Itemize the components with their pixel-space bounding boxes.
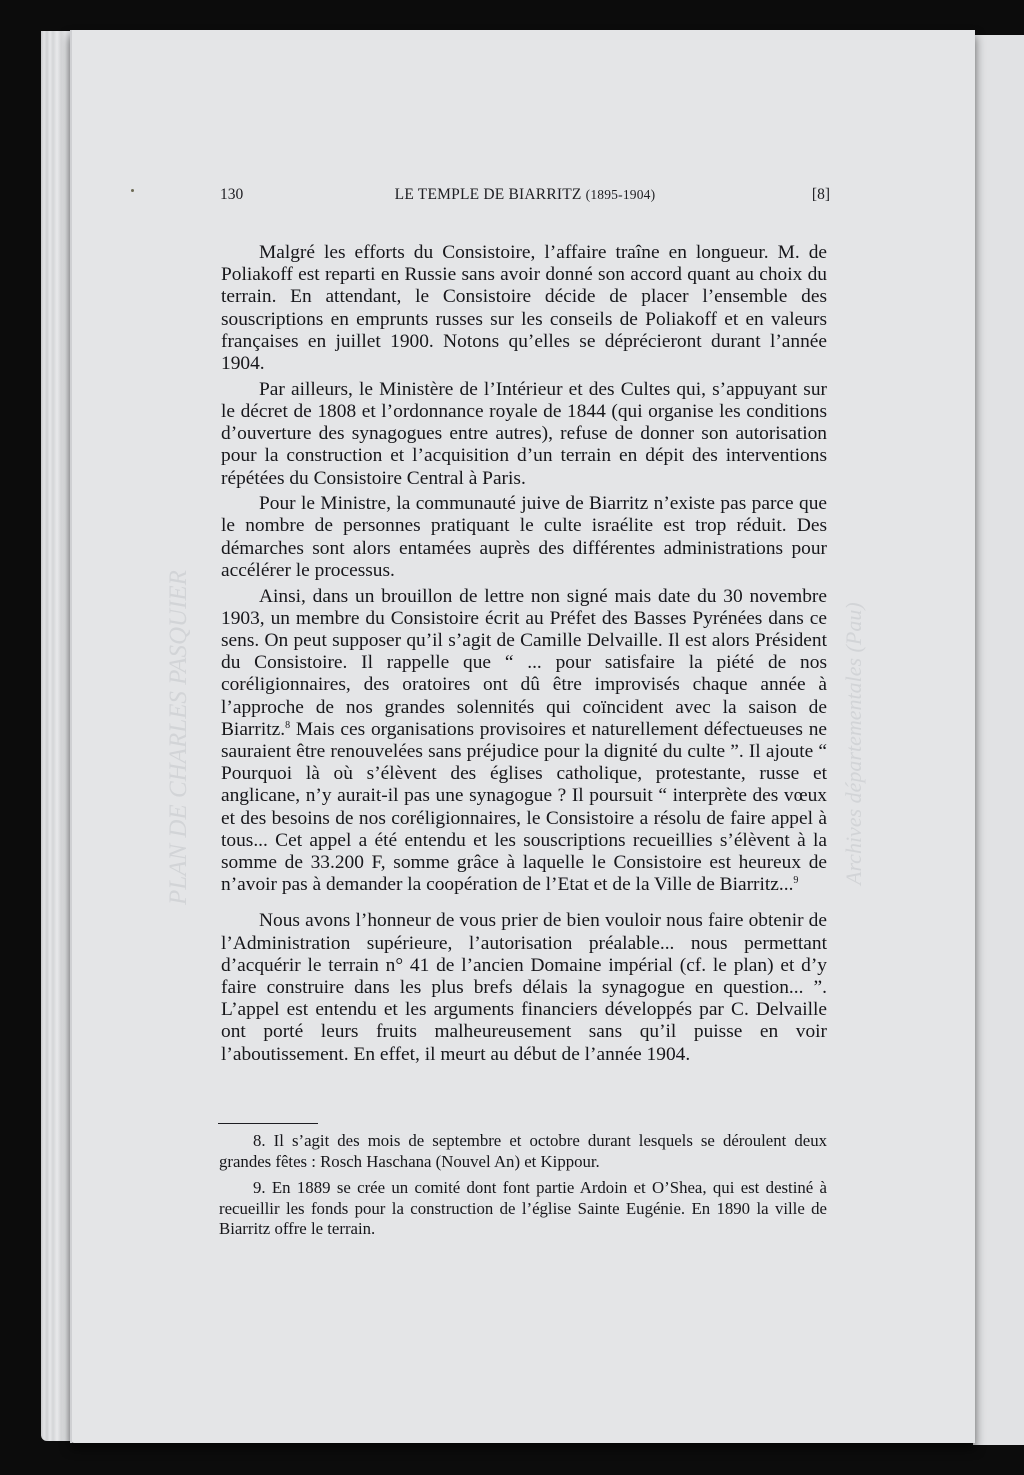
body-text: Malgré les efforts du Consistoire, l’aff…	[221, 242, 827, 1069]
footnote-divider	[218, 1123, 318, 1124]
running-title: LE TEMPLE DE BIARRITZ (1895-1904)	[220, 186, 830, 204]
footnote-ref-9[interactable]: 9	[793, 875, 798, 886]
paragraph-4: Ainsi, dans un brouillon de lettre non s…	[221, 586, 827, 897]
bleed-through-right-stamp: Archives départementales (Pau)	[841, 602, 867, 885]
paragraph-1: Malgré les efforts du Consistoire, l’aff…	[221, 242, 827, 375]
dust-speck	[131, 189, 134, 192]
chapter-marker: [8]	[812, 186, 830, 204]
page-stack-edges	[41, 31, 71, 1441]
paragraph-5: Nous avons l’honneur de vous prier de bi…	[221, 910, 827, 1065]
paragraph-2: Par ailleurs, le Ministère de l’Intérieu…	[221, 379, 827, 490]
paragraph-4-part-1: Ainsi, dans un brouillon de lettre non s…	[221, 586, 827, 740]
footnotes: 8. Il s’agit des mois de septembre et oc…	[219, 1131, 827, 1246]
running-title-dates: (1895-1904)	[586, 187, 656, 202]
paragraph-4-part-2: Mais ces organisations provisoires et na…	[221, 719, 827, 895]
footnote-8: 8. Il s’agit des mois de septembre et oc…	[219, 1131, 827, 1172]
facing-page-edge	[973, 35, 1024, 1445]
running-title-text: LE TEMPLE DE BIARRITZ	[395, 186, 582, 203]
footnote-9: 9. En 1889 se crée un comité dont font p…	[219, 1178, 827, 1240]
paragraph-3: Pour le Ministre, la communauté juive de…	[221, 493, 827, 582]
running-head: 130 LE TEMPLE DE BIARRITZ (1895-1904) [8…	[220, 186, 830, 210]
bleed-through-left-stamp: PLAN DE CHARLES PASQUIER	[165, 570, 193, 905]
